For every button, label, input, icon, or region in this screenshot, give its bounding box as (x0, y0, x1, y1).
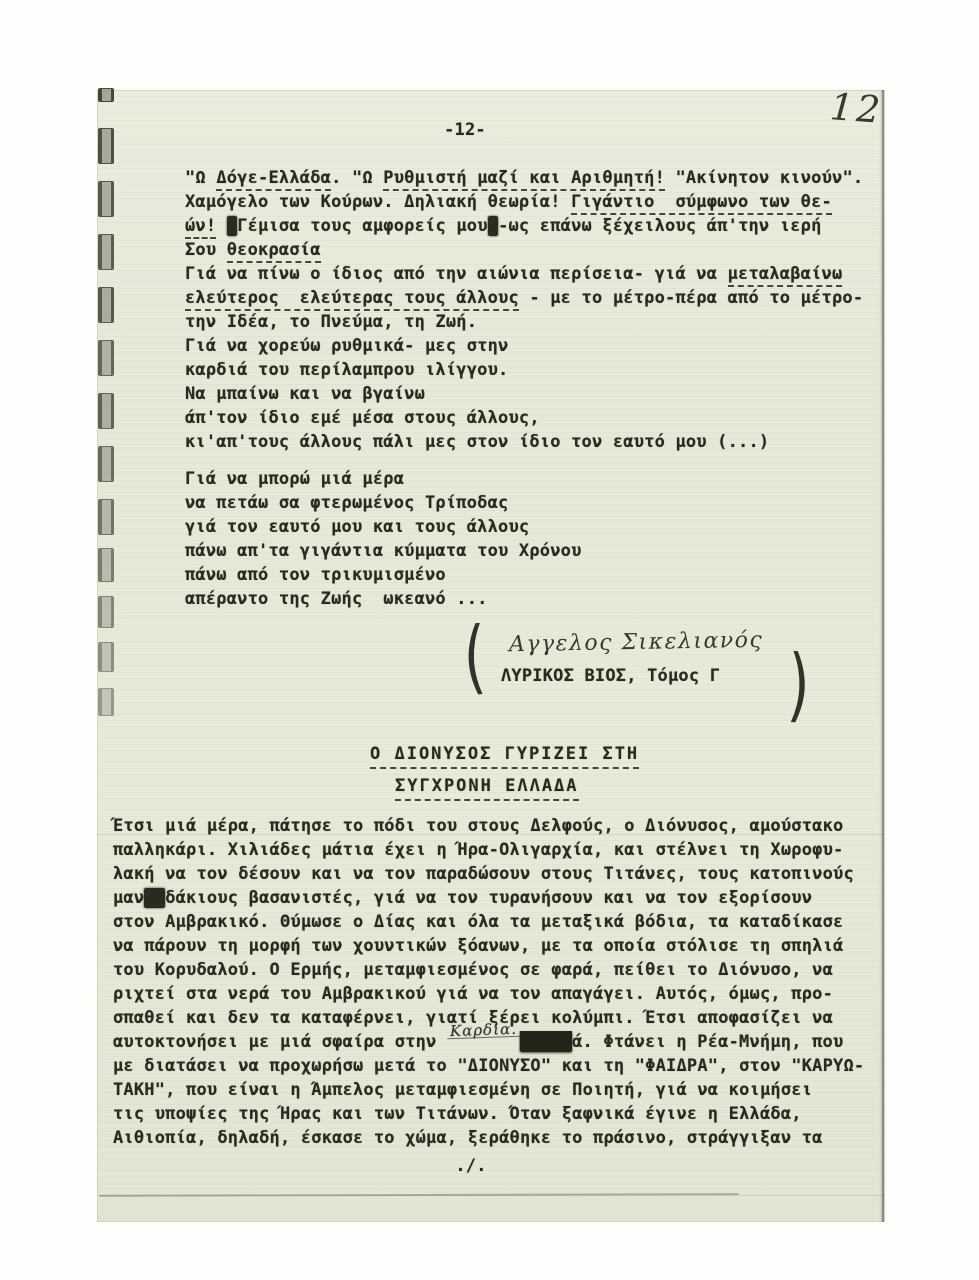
poem-line: "Ω Δόγε-Ελλάδα. "Ω Ρυθμιστή μαζί και Αρι… (185, 166, 863, 190)
body-line: τις υποψίες της Ήρας και των Τιτάνων. Ότ… (113, 1102, 864, 1126)
binding-hole-mark (98, 393, 114, 429)
binding-hole-mark (98, 688, 114, 716)
poem-line: Γιά να χορεύω ρυθμικά- μες στην (185, 334, 863, 358)
continuation-mark: ./. (97, 1154, 885, 1178)
section-heading: Ο ΔΙΟΝΥΣΟΣ ΓΥΡΙΖΕΙ ΣΤΗ ΣΥΓΧΡΟΝΗ ΕΛΛΑΔΑ (370, 742, 639, 806)
poem-line: Γιά να μπορώ μιά μέρα (185, 467, 863, 491)
open-paren: ( (462, 609, 487, 704)
body-line: λακή να τον δέσουν και να τον παραδώσουν… (113, 862, 864, 886)
binding-hole-mark (98, 340, 114, 376)
bottom-crease-line-faint (97, 1195, 885, 1196)
body-line: παλληκάρι. Χιλιάδες μάτια έχει η Ήρα-Ολι… (113, 838, 864, 862)
poem-line: Σου θεοκρασία (185, 238, 863, 262)
body-line: να πάρουν τη μορφή των χουντικών ξόανων,… (113, 934, 864, 958)
body-line: Έτσι μιά μέρα, πάτησε το πόδι του στους … (113, 814, 864, 838)
handwritten-correction-note: Καρδια. (447, 1023, 520, 1040)
binding-hole-mark (98, 181, 114, 217)
poem-line: ών! (Γέμισα τους αμφορείς μουθ-ως επάνω … (185, 214, 863, 238)
poem-line: πάνω από τον τρικυμισμένο (185, 563, 863, 587)
typed-page-number: -12- (97, 118, 885, 142)
binding-hole-mark (98, 499, 114, 535)
binding-hole-mark (98, 287, 114, 323)
binding-hole-mark (98, 88, 114, 102)
body-line: Αιθιοπία, δηλαδή, έσκασε το χώμα, ξεράθη… (113, 1126, 864, 1150)
ink-blot: τα (144, 888, 165, 908)
body-line: ριχτεί στα νερά του Αμβρακικού γιά να το… (113, 982, 864, 1006)
section-title-line2: ΣΥΓΧΡΟΝΗ ΕΛΛΑΔΑ (395, 774, 579, 801)
poem-line: γιά τον εαυτό μου και τους άλλους (185, 515, 863, 539)
poem-line: άπ'τον ίδιο εμέ μέσα στους άλλους, (185, 406, 863, 430)
ink-blot: ( (227, 216, 237, 236)
body-line: στον Αμβρακικό. Θύμωσε ο Δίας και όλα τα… (113, 910, 864, 934)
binding-hole-mark (98, 596, 114, 628)
poem-line: πάνω απ'τα γιγάντια κύμματα του Χρόνου (185, 539, 863, 563)
binding-hole-mark (98, 446, 114, 482)
body-paragraph: Έτσι μιά μέρα, πάτησε το πόδι του στους … (113, 814, 864, 1150)
scribbled-out-word: █████ (520, 1032, 572, 1052)
poem-line: καρδιά του περίλαμπρου ιλίγγου. (185, 358, 863, 382)
body-line: ΤΑΚΗ", που είναι η Άμπελος μεταμφιεσμένη… (113, 1078, 864, 1102)
poem-line: απέραντο της Ζωής ωκεανό ... (185, 587, 863, 611)
poem-line: κι'απ'τους άλλους πάλι μες στον ίδιο τον… (185, 430, 863, 454)
binding-hole-mark (98, 642, 114, 672)
body-line: αυτοκτονήσει με μιά σφαίρα στην Καρδια.█… (113, 1030, 864, 1054)
poem-line: να πετάω σα φτερωμένος Τρίποδας (185, 491, 863, 515)
body-line: του Κορυδαλού. Ο Ερμής, μεταμφιεσμένος σ… (113, 958, 864, 982)
body-line: με διατάσει να προχωρήσω μετά το "ΔΙΟΝΥΣ… (113, 1054, 864, 1078)
attribution-work: ΛΥΡΙΚΟΣ ΒΙΟΣ, Τόμος Γ (501, 664, 720, 688)
poem-line: την Ιδέα, το Πνεύμα, τη Ζωή. (185, 310, 863, 334)
poem-line: Να μπαίνω και να βγαίνω (185, 382, 863, 406)
binding-hole-mark (98, 234, 114, 270)
poem-line: Χαμόγελο των Κούρων. Δηλιακή θεωρία! Γιγ… (185, 190, 863, 214)
ink-blot: θ (488, 216, 498, 236)
poem-line: ελεύτερος ελεύτερας τους άλλους - με το … (185, 286, 863, 310)
poem-line: Γιά να πίνω ο ίδιος από την αιώνια περίσ… (185, 262, 863, 286)
section-title-line1: Ο ΔΙΟΝΥΣΟΣ ΓΥΡΙΖΕΙ ΣΤΗ (370, 742, 639, 769)
binding-hole-mark (98, 548, 114, 582)
document-page: 12 -12- "Ω Δόγε-Ελλάδα. "Ω Ρυθμιστή μαζί… (97, 90, 885, 1222)
poem-block: "Ω Δόγε-Ελλάδα. "Ω Ρυθμιστή μαζί και Αρι… (185, 166, 863, 611)
close-paren: ) (786, 637, 811, 732)
body-line: μανταδάκιους βασανιστές, γιά να τον τυρα… (113, 886, 864, 910)
attribution-author: Αγγελος Σικελιανός (509, 628, 764, 657)
